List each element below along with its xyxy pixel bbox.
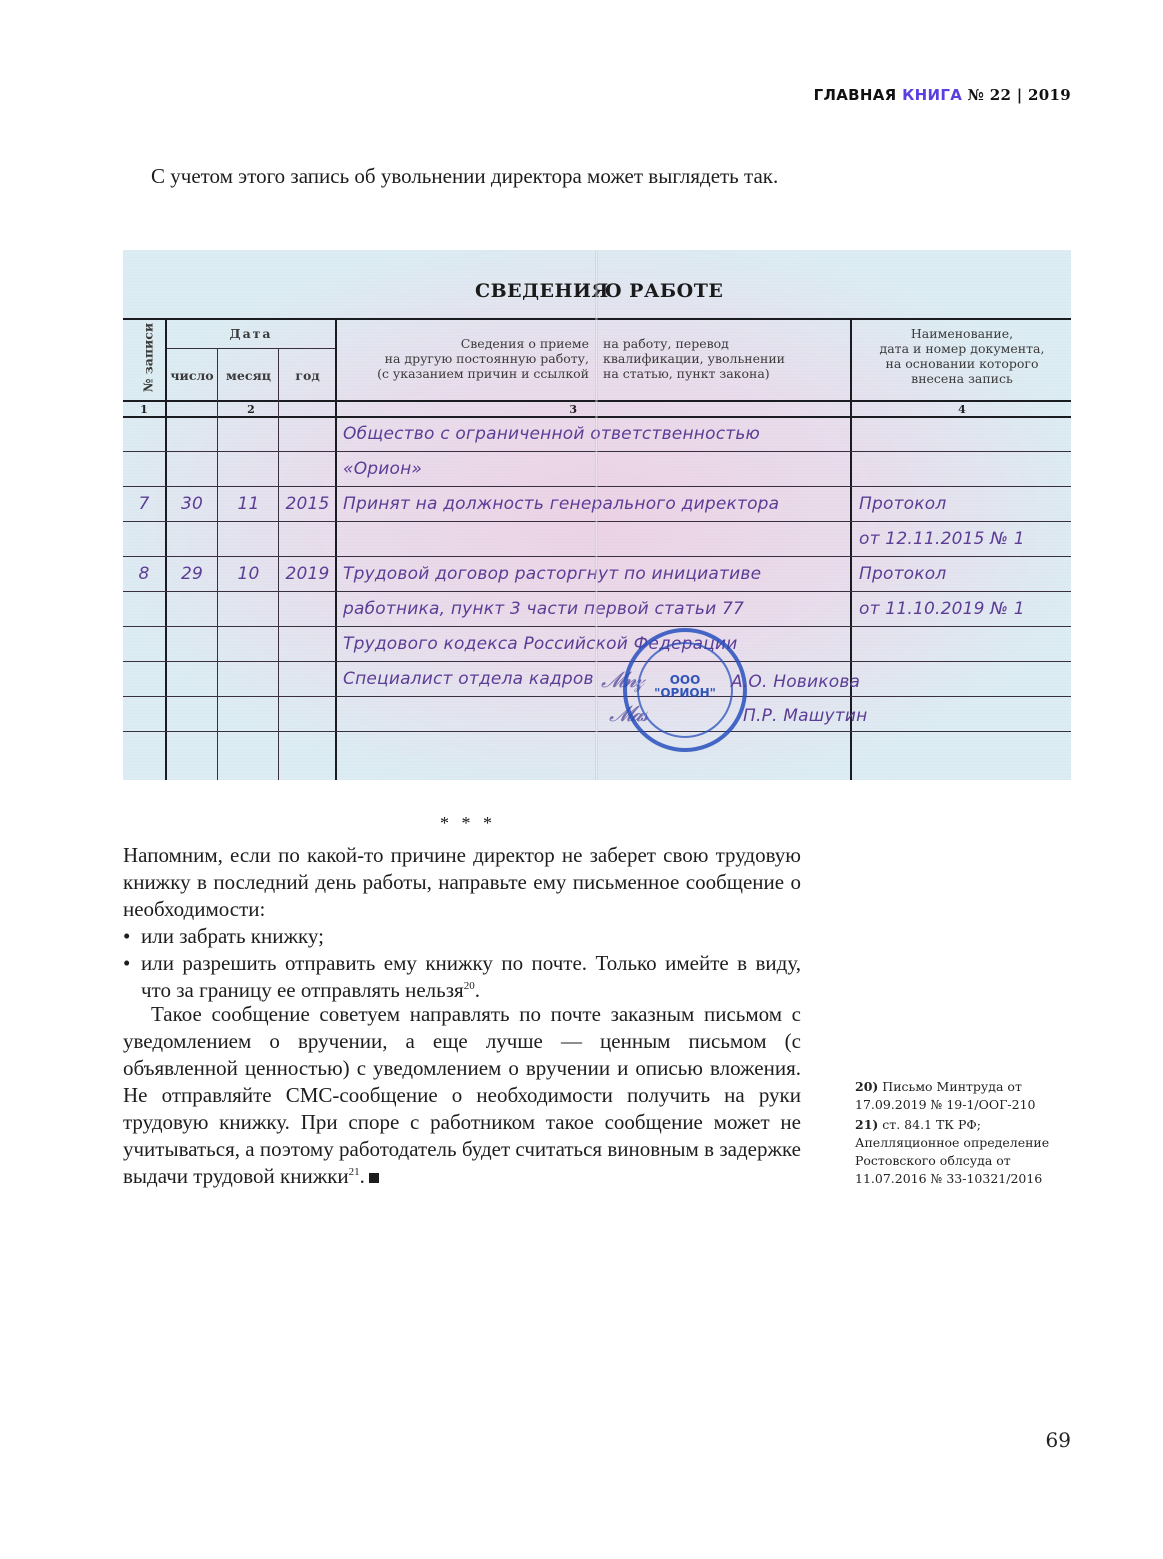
table-rule	[123, 731, 1071, 732]
table-rule	[123, 556, 1071, 557]
cell-day: 29	[167, 564, 217, 584]
end-of-article-mark	[369, 1173, 379, 1183]
paragraph-text: Напомним, если по какой-то причине дирек…	[123, 842, 801, 923]
cell-doc: Протокол	[859, 564, 1069, 584]
cell-month: 11	[219, 494, 278, 514]
table-rule	[165, 318, 167, 780]
running-head: ГЛАВНАЯ КНИГА № 22 | 2019	[814, 86, 1071, 104]
cell-year: 2015	[280, 494, 335, 514]
table-rule	[123, 661, 1071, 662]
footnote-20: 20) Письмо Минтруда от 17.09.2019 № 19-1…	[855, 1078, 1085, 1114]
section-separator: * * *	[440, 813, 496, 834]
paragraph-reminder: Напомним, если по какой-то причине дирек…	[123, 842, 801, 1004]
bullet-list: или забрать книжку; или разрешить отправ…	[123, 923, 801, 1004]
header-day: число	[167, 368, 217, 383]
footnote-21: 21) ст. 84.1 ТК РФ; Апелляционное опреде…	[855, 1116, 1085, 1188]
column-number: 3	[337, 402, 577, 417]
header-document: Наименование, дата и номер документа, на…	[853, 326, 1071, 386]
bullet-item: или разрешить отправить ему книжку по по…	[123, 950, 801, 1004]
signer-1-name: А.О. Новикова	[731, 672, 860, 692]
header-date: Дата	[167, 326, 335, 341]
header-month: месяц	[219, 368, 278, 383]
cell-info: «Орион»	[343, 459, 843, 479]
issue-number: № 22 | 2019	[968, 86, 1071, 104]
footnote-ref[interactable]: 21	[349, 1166, 360, 1178]
column-number: 1	[123, 402, 165, 417]
header-year: год	[280, 368, 335, 383]
cell-info: Принят на должность генерального директо…	[343, 494, 843, 514]
table-rule	[123, 591, 1071, 592]
column-number: 2	[167, 402, 335, 417]
cell-month: 10	[219, 564, 278, 584]
header-info-right: на работу, перевод квалификации, увольне…	[603, 336, 843, 381]
table-rule	[123, 451, 1071, 452]
magazine-name: ГЛАВНАЯ	[814, 86, 897, 104]
cell-doc: Протокол	[859, 494, 1069, 514]
cell-info: Трудовой договор расторгнут по инициатив…	[343, 564, 843, 584]
employment-record-book-image: СВЕДЕНИЯ О РАБОТЕ № записи Дата число ме…	[123, 250, 1071, 780]
table-rule	[123, 486, 1071, 487]
table-rule	[123, 521, 1071, 522]
workbook-title-left: СВЕДЕНИЯ	[475, 280, 609, 302]
table-rule	[123, 696, 1071, 697]
table-rule	[123, 626, 1071, 627]
table-rule	[123, 318, 1071, 320]
intro-paragraph: С учетом этого запись об увольнении дире…	[123, 163, 801, 190]
footnotes: 20) Письмо Минтруда от 17.09.2019 № 19-1…	[855, 1078, 1085, 1190]
footnote-ref[interactable]: 20	[464, 980, 475, 992]
cell-info: работника, пункт 3 части первой статьи 7…	[343, 599, 843, 619]
header-record-no: № записи	[141, 323, 156, 393]
magazine-name-accent: КНИГА	[902, 86, 962, 104]
paragraph-advice: Такое сообщение советуем направлять по п…	[123, 1001, 801, 1190]
column-number: 4	[853, 402, 1071, 417]
cell-info: Трудового кодекса Российской Федерации	[343, 634, 843, 654]
header-info-left: Сведения о приеме на другую постоянную р…	[339, 336, 589, 381]
cell-doc: от 11.10.2019 № 1	[859, 599, 1069, 619]
cell-year: 2019	[280, 564, 335, 584]
workbook-title-right: О РАБОТЕ	[605, 280, 723, 302]
company-seal: ООО "ОРИОН"	[623, 628, 747, 752]
cell-no: 8	[123, 564, 165, 584]
paragraph-text: Такое сообщение советуем направлять по п…	[123, 1002, 801, 1188]
table-rule	[165, 348, 335, 349]
bullet-item: или забрать книжку;	[123, 923, 801, 950]
cell-info: Общество с ограниченной ответственностью	[343, 424, 843, 444]
table-rule	[335, 318, 337, 780]
page-number: 69	[1046, 1428, 1071, 1452]
cell-day: 30	[167, 494, 217, 514]
cell-doc: от 12.11.2015 № 1	[859, 529, 1069, 549]
cell-no: 7	[123, 494, 165, 514]
signer-2-name: П.Р. Машутин	[743, 706, 867, 726]
